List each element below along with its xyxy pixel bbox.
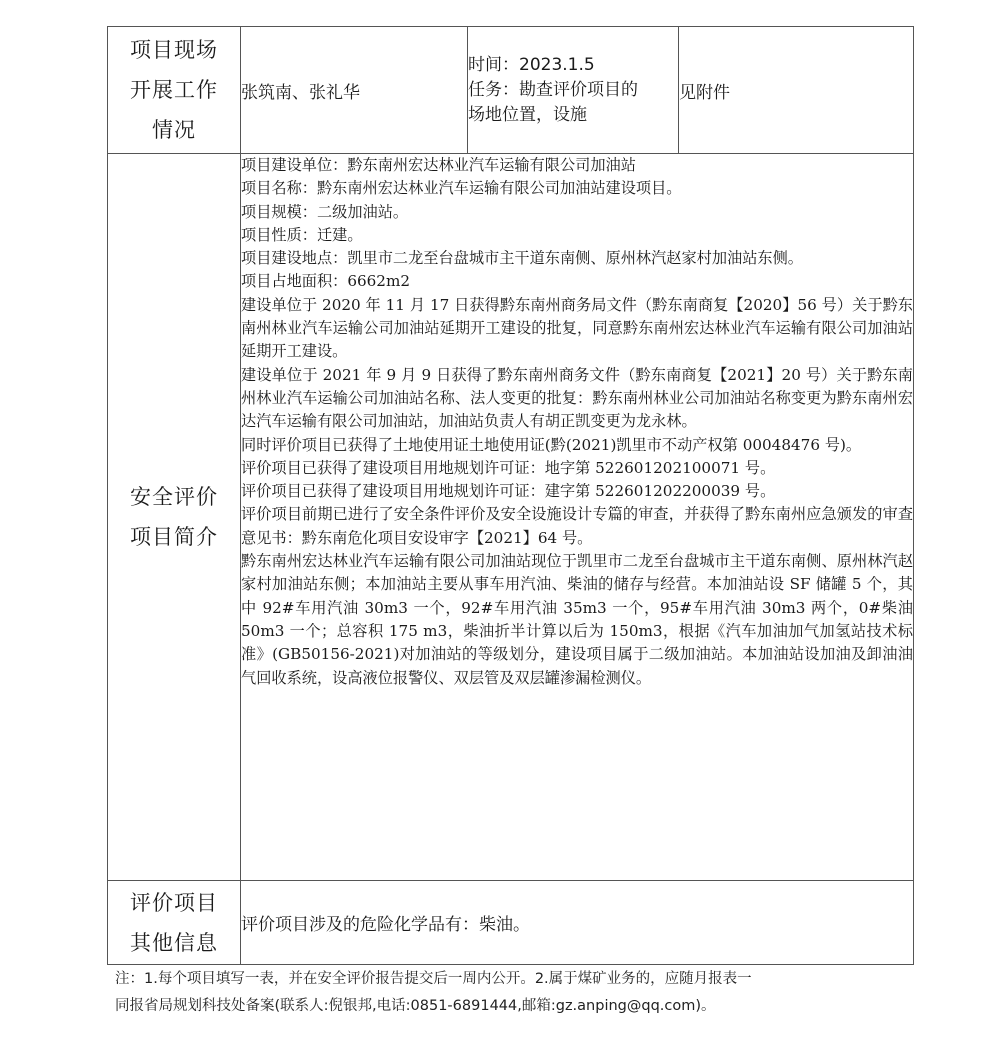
- other-info-row: 评价项目 其他信息 评价项目涉及的危险化学品有：柴油。: [108, 881, 914, 965]
- label-line: 情况: [108, 110, 240, 150]
- summary-paragraph: 项目规模：二级加油站。: [241, 201, 913, 224]
- summary-paragraph: 项目名称：黔东南州宏达林业汽车运输有限公司加油站建设项目。: [241, 177, 913, 200]
- task-line: 任务：勘查评价项目的: [468, 78, 678, 103]
- other-info-content: 评价项目涉及的危险化学品有：柴油。: [241, 881, 914, 965]
- summary-paragraph: 同时评价项目已获得了土地使用证土地使用证(黔(2021)凯里市不动产权第 000…: [241, 434, 913, 457]
- label-line: 安全评价: [108, 477, 240, 517]
- label-line: 其他信息: [108, 923, 240, 963]
- personnel-cell: 张筑南、张礼华: [241, 27, 468, 154]
- summary-paragraph: 项目占地面积：6662m2: [241, 270, 913, 293]
- summary-paragraph: 评价项目已获得了建设项目用地规划许可证：建字第 522601202200039 …: [241, 480, 913, 503]
- summary-paragraph: 建设单位于 2020 年 11 月 17 日获得黔东南州商务局文件（黔东南商复【…: [241, 294, 913, 364]
- label-line: 项目简介: [108, 517, 240, 557]
- project-summary-content: 项目建设单位：黔东南州宏达林业汽车运输有限公司加油站 项目名称：黔东南州宏达林业…: [241, 154, 914, 881]
- summary-paragraph: 建设单位于 2021 年 9 月 9 日获得了黔东南州商务文件（黔东南商复【20…: [241, 364, 913, 434]
- footnote-line: 同报省局规划科技处备案(联系人:倪银邦,电话:0851-6891444,邮箱:g…: [115, 993, 915, 1020]
- summary-paragraph: 项目建设单位：黔东南州宏达林业汽车运输有限公司加油站: [241, 154, 913, 177]
- summary-paragraph: 黔东南州宏达林业汽车运输有限公司加油站现位于凯里市二龙至台盘城市主干道东南侧、原…: [241, 550, 913, 690]
- summary-paragraph: 项目建设地点：凯里市二龙至台盘城市主干道东南侧、原州林汽赵家村加油站东侧。: [241, 247, 913, 270]
- task-line: 场地位置，设施: [468, 103, 678, 128]
- site-work-label: 项目现场 开展工作 情况: [108, 27, 241, 154]
- summary-paragraph: 项目性质：迁建。: [241, 224, 913, 247]
- label-line: 开展工作: [108, 70, 240, 110]
- evaluation-info-table: 项目现场 开展工作 情况 张筑南、张礼华 时间：2023.1.5 任务：勘查评价…: [107, 26, 914, 965]
- footnote: 注：1.每个项目填写一表，并在安全评价报告提交后一周内公开。2.属于煤矿业务的，…: [115, 966, 915, 1020]
- time-task-cell: 时间：2023.1.5 任务：勘查评价项目的 场地位置，设施: [468, 27, 679, 154]
- time-text: 时间：2023.1.5: [468, 53, 678, 78]
- label-line: 评价项目: [108, 883, 240, 923]
- project-summary-row: 安全评价 项目简介 项目建设单位：黔东南州宏达林业汽车运输有限公司加油站 项目名…: [108, 154, 914, 881]
- attachment-cell: 见附件: [679, 27, 914, 154]
- project-summary-label: 安全评价 项目简介: [108, 154, 241, 881]
- summary-paragraph: 评价项目前期已进行了安全条件评价及安全设施设计专篇的审查，并获得了黔东南州应急颁…: [241, 503, 913, 550]
- site-work-row: 项目现场 开展工作 情况 张筑南、张礼华 时间：2023.1.5 任务：勘查评价…: [108, 27, 914, 154]
- footnote-line: 注：1.每个项目填写一表，并在安全评价报告提交后一周内公开。2.属于煤矿业务的，…: [115, 966, 915, 993]
- summary-paragraph: 评价项目已获得了建设项目用地规划许可证：地字第 522601202100071 …: [241, 457, 913, 480]
- label-line: 项目现场: [108, 30, 240, 70]
- other-info-label: 评价项目 其他信息: [108, 881, 241, 965]
